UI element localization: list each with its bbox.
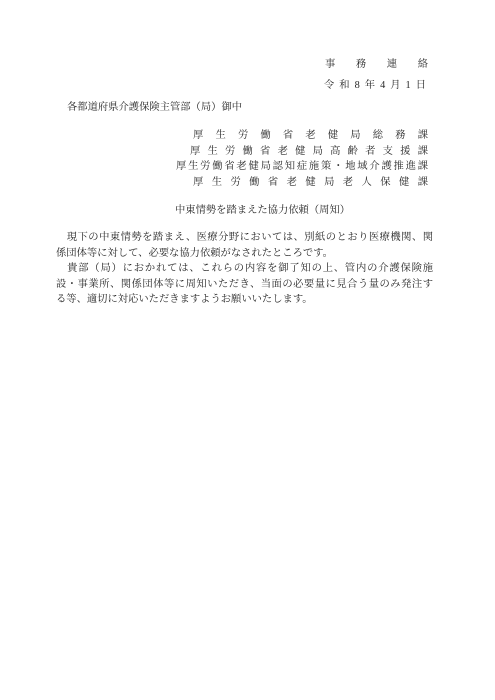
sender-department-line: 厚生労働省老健局総務課 — [193, 128, 428, 144]
document-page: 事務連絡 令和8年4月1日 各都道府県介護保険主管部（局）御中 厚生労働省老健局… — [0, 0, 495, 700]
body-line: 現下の中東情勢を踏まえ、医療分野においては、別紙のとおり医療機関、関 — [56, 230, 433, 246]
document-title: 中東情勢を踏まえた協力依頼（周知） — [175, 201, 350, 216]
addressee-line: 各都道府県介護保険主管部（局）御中 — [67, 98, 242, 113]
sender-department-line: 厚生労働省老健局老人保健課 — [193, 175, 428, 191]
body-text: 現下の中東情勢を踏まえ、医療分野においては、別紙のとおり医療機関、関 係団体等に… — [56, 230, 433, 308]
doc-date: 令和8年4月1日 — [324, 76, 426, 91]
body-line: 設・事業所、関係団体等に周知いただき、当面の必要量に見合う量のみ発注す — [56, 277, 433, 293]
sender-department-line: 厚生労働省老健局高齢者支援課 — [190, 144, 428, 160]
sender-departments: 厚生労働省老健局総務課 厚生労働省老健局高齢者支援課 厚生労働省老健局認知症施策… — [176, 128, 428, 190]
body-line: 係団体等に対して、必要な協力依頼がなされたところです。 — [56, 246, 433, 262]
sender-department-line: 厚生労働省老健局認知症施策・地域介護推進課 — [176, 159, 428, 175]
body-line: 貴部（局）におかれては、これらの内容を御了知の上、管内の介護保険施 — [56, 261, 433, 277]
doc-type-label: 事務連絡 — [325, 55, 428, 70]
body-line: る等、適切に対応いただきますようお願いいたします。 — [56, 292, 433, 308]
